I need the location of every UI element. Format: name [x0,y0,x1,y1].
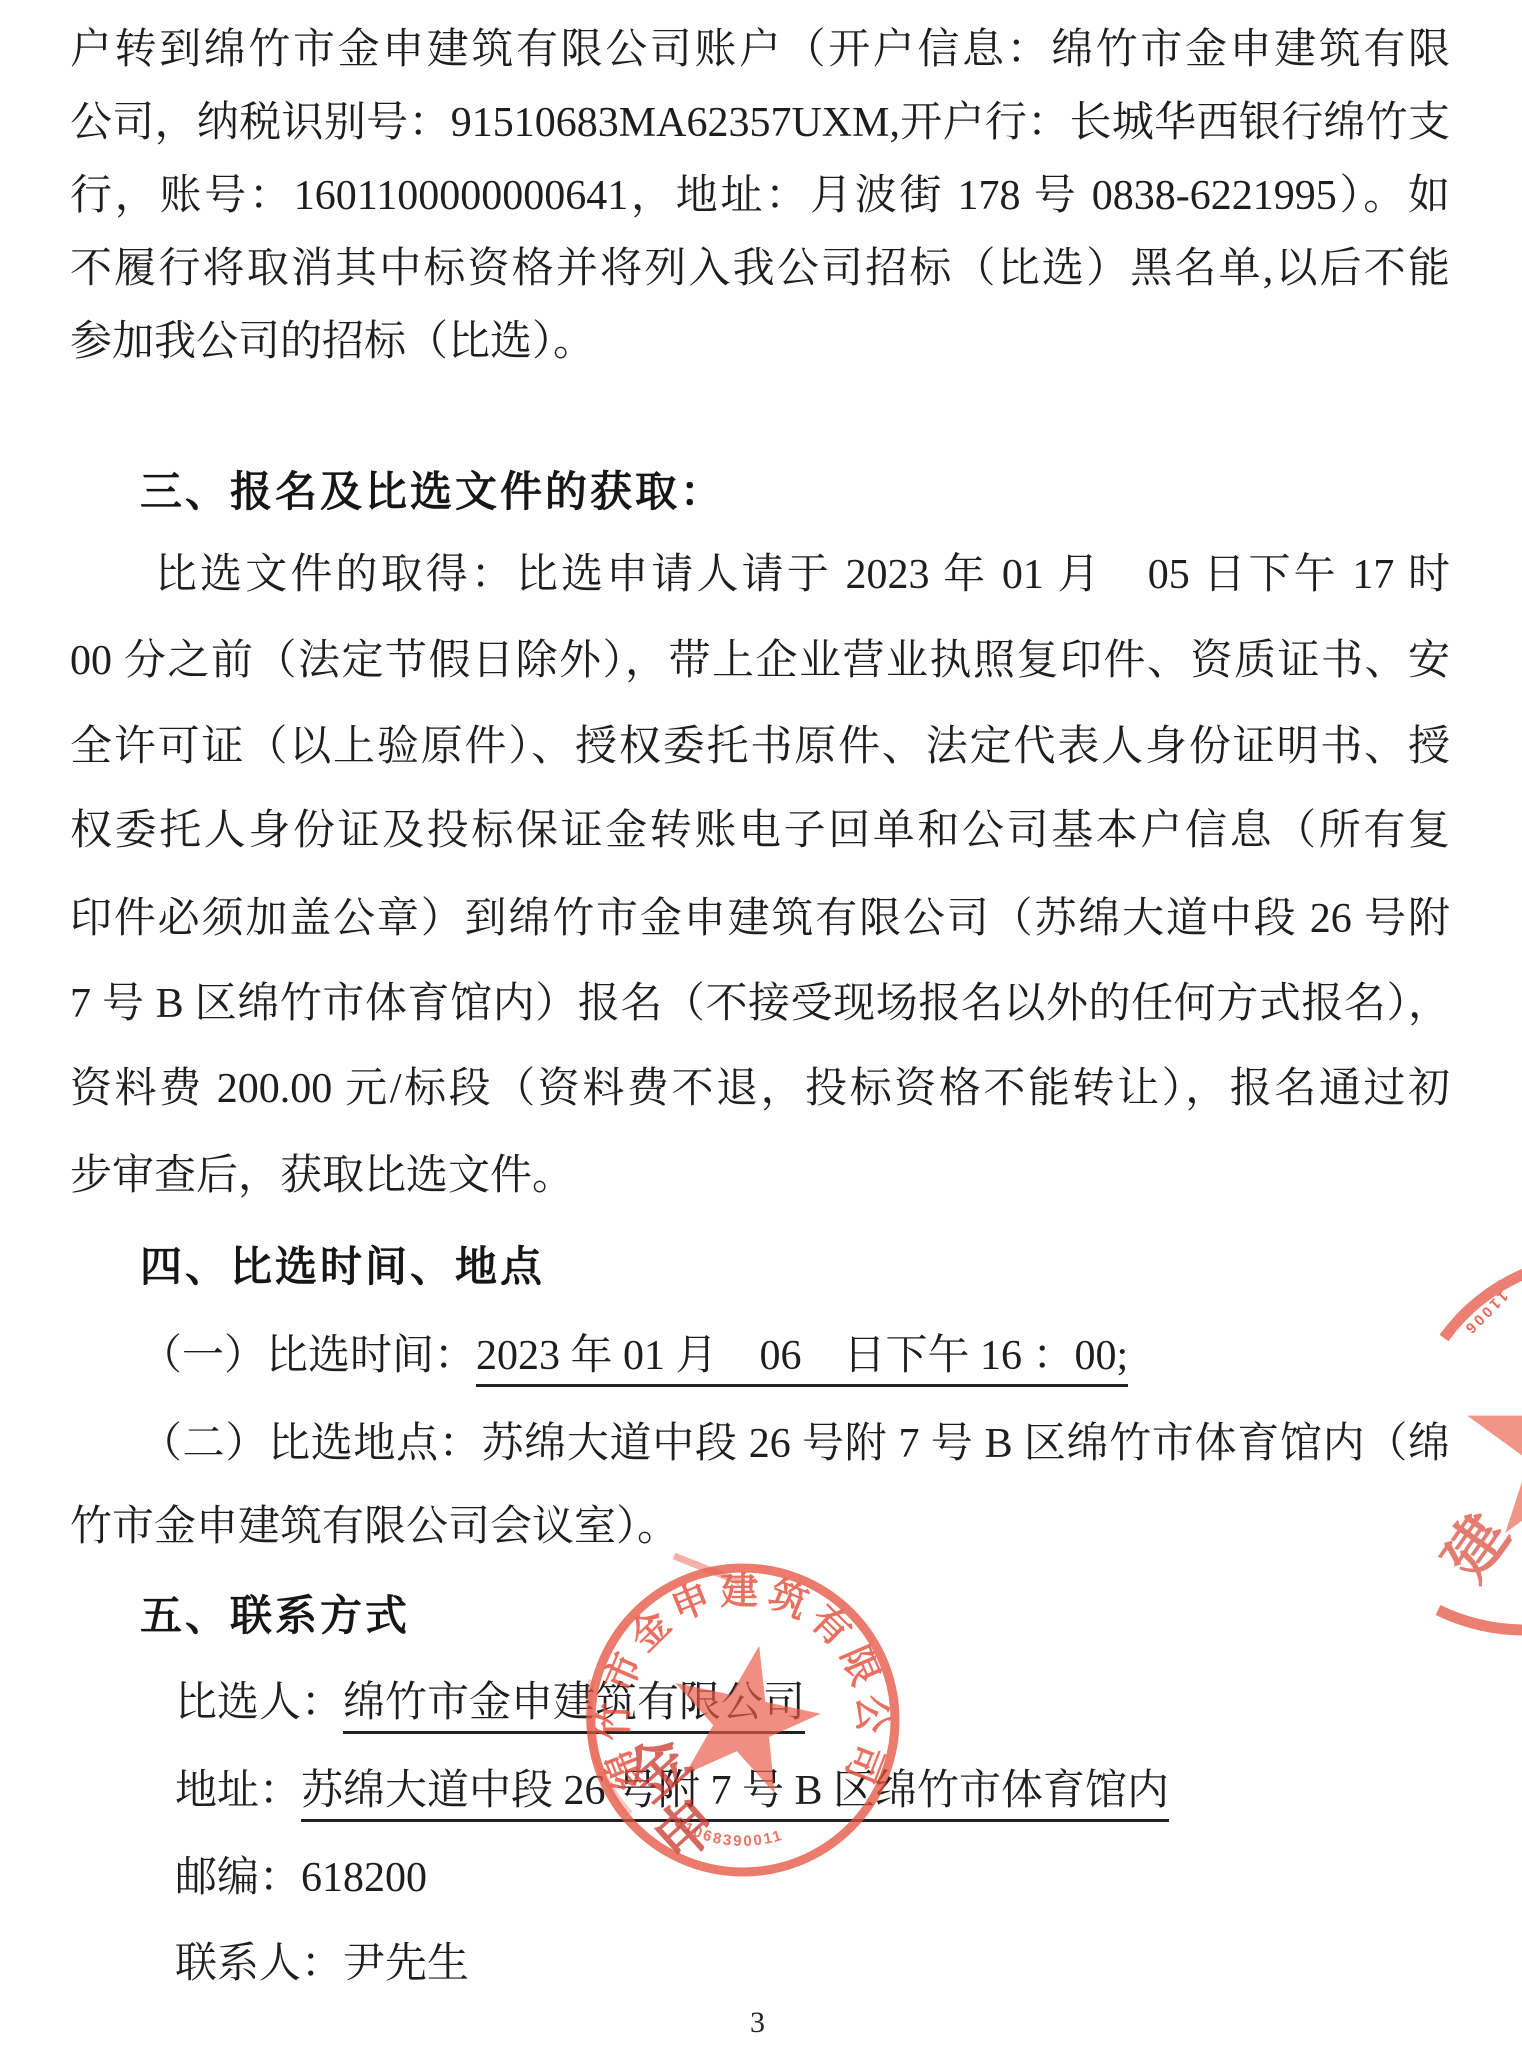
text-line: 参加我公司的招标（比选）。 [70,318,595,366]
section-heading: 五、联系方式 [140,1592,410,1640]
contact-line: 联系人：尹先生 [175,1940,469,1988]
document-page: 户转到绵竹市金申建筑有限公司账户（开户信息：绵竹市金申建筑有限 公司，纳税识别号… [0,0,1522,2061]
text-line: 资料费 200.00 元/标段（资料费不退，投标资格不能转让），报名通过初 [70,1065,1450,1113]
edge-seal-char: 建 [1432,1503,1522,1593]
applicant-label: 比选人： [175,1680,343,1726]
text-line: 权委托人身份证及投标保证金转账电子回单和公司基本户信息（所有复 [70,807,1450,855]
section-heading: 四、比选时间、地点 [140,1243,545,1291]
address-label: 地址： [175,1768,301,1814]
text-line: 户转到绵竹市金申建筑有限公司账户（开户信息：绵竹市金申建筑有限 [70,26,1450,74]
text-line: 公司，纳税识别号：91510683MA62357UXM,开户行：长城华西银行绵竹… [70,99,1450,147]
address-underlined: 苏绵大道中段 26 号附 7 号 B 区绵竹市体育馆内 [301,1768,1169,1822]
text-line: 00 分之前（法定节假日除外），带上企业营业执照复印件、资质证书、安 [70,637,1450,685]
text-line: 行，账号：1601100000000641，地址：月波街 178 号 0838-… [70,172,1450,220]
text-line: 步审查后，获取比选文件。 [70,1152,574,1200]
text-line: 7 号 B 区绵竹市体育馆内）报名（不接受现场报名以外的任何方式报名）， [70,980,1450,1028]
postcode-line: 邮编：618200 [175,1854,427,1902]
text-line: （二）比选地点：苏绵大道中段 26 号附 7 号 B 区绵竹市体育馆内（绵 [140,1420,1450,1468]
page-number: 3 [750,2006,765,2040]
section-heading: 三、报名及比选文件的获取： [140,468,725,516]
text-line: 竹市金申建筑有限公司会议室）。 [70,1503,679,1551]
text-line: 印件必须加盖公章）到绵竹市金申建筑有限公司（苏绵大道中段 26 号附 [70,895,1450,943]
text-line: 地址：苏绵大道中段 26 号附 7 号 B 区绵竹市体育馆内 [175,1767,1169,1815]
edge-seal-star [1467,1343,1522,1533]
applicant-name-underlined: 绵竹市金申建筑有限公司 [343,1680,805,1734]
edge-seal-serial: 11006 [1460,1287,1512,1339]
text-line: 比选文件的取得：比选申请人请于 2023 年 01 月 05 日下午 17 时 [155,551,1450,599]
selection-time-underlined: 2023 年 01 月 06 日下午 16 ：00; [476,1333,1128,1387]
item-label: （一）比选时间： [140,1333,476,1379]
text-line: 不履行将取消其中标资格并将列入我公司招标（比选）黑名单,以后不能 [70,245,1450,293]
text-line: 全许可证（以上验原件）、授权委托书原件、法定代表人身份证明书、授 [70,723,1450,771]
text-line: （一）比选时间：2023 年 01 月 06 日下午 16 ：00; [140,1332,1128,1380]
text-line: 比选人：绵竹市金申建筑有限公司 [175,1679,805,1727]
